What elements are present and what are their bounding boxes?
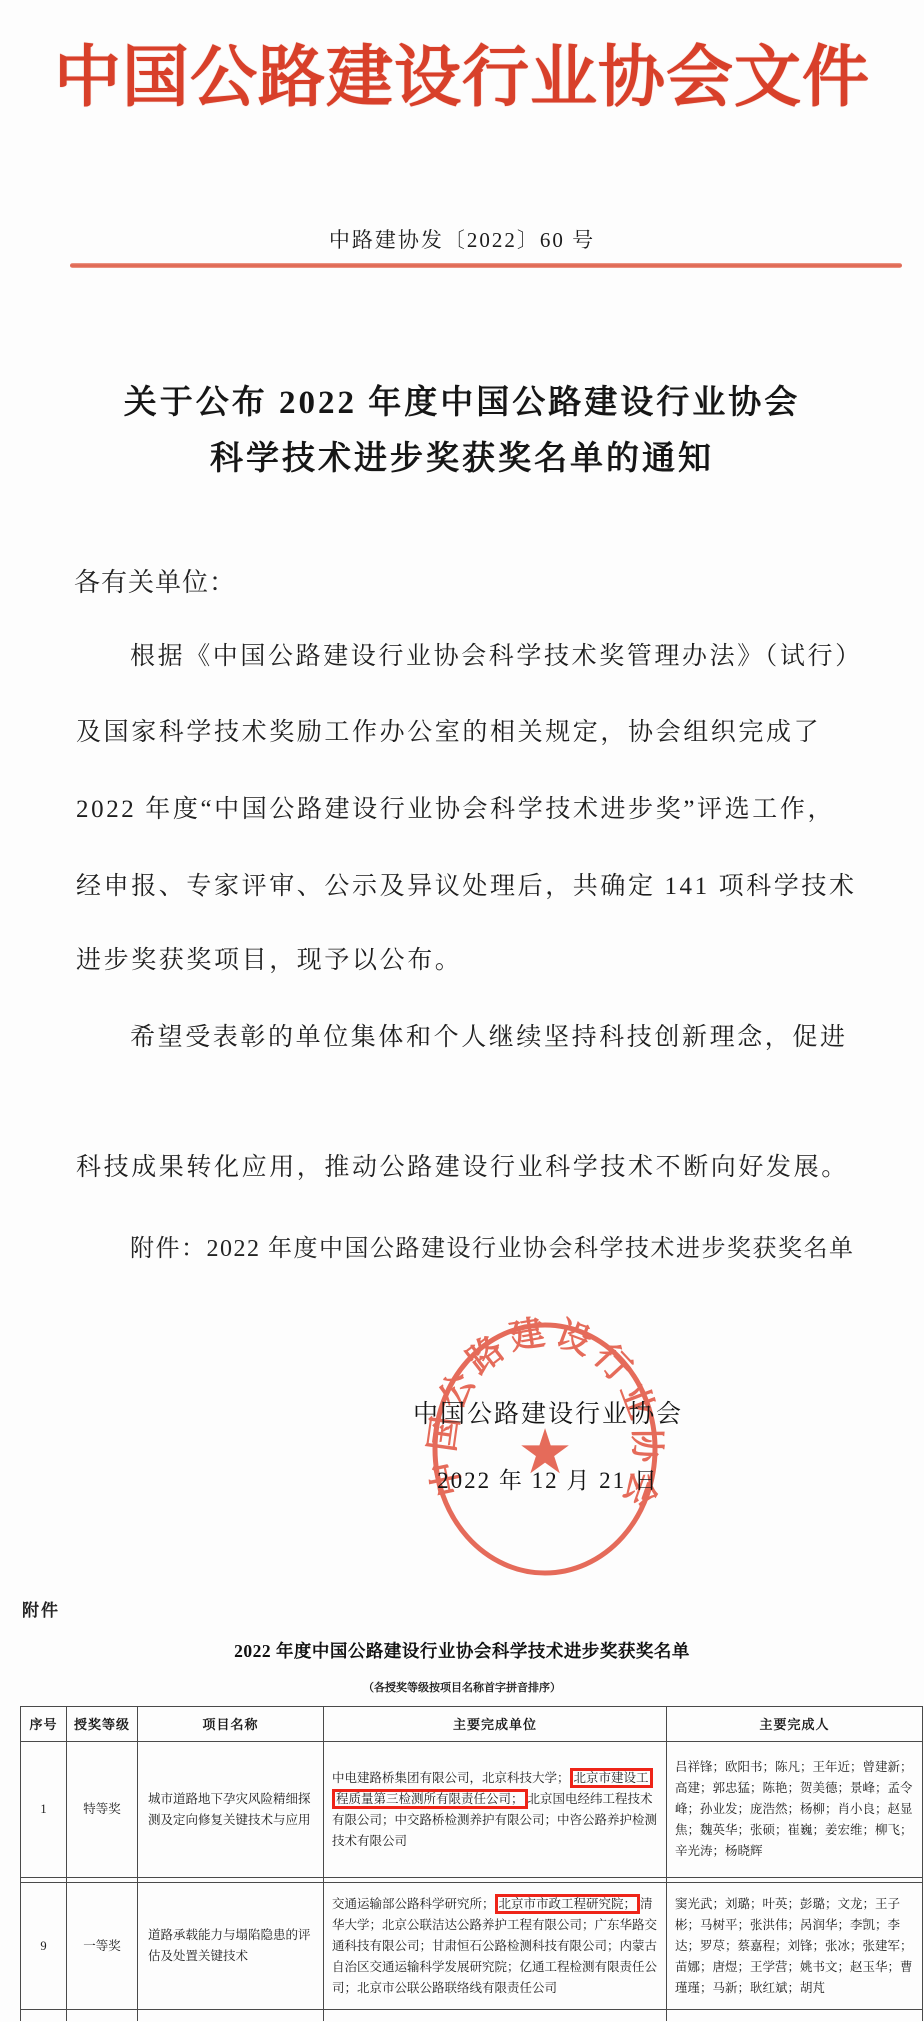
row-number: 1 <box>40 1799 46 1820</box>
appendix-table-subtitle: （各授奖等级按项目名称首字拼音排序） <box>0 1679 924 1695</box>
appendix-label: 附件 <box>22 1596 60 1621</box>
awards-table: 序号 授奖等级 项目名称 主要完成单位 主要完成人 1 特等奖 城市道路地下孕灾… <box>20 1706 922 2021</box>
column-header-persons: 主要完成人 <box>667 1706 923 1742</box>
body-line: 希望受表彰的单位集体和个人继续坚持科技创新理念，促进 <box>76 1017 924 1053</box>
signature-date: 2022 年 12 月 21 日 <box>380 1462 716 1495</box>
notice-title-line1: 关于公布 2022 年度中国公路建设行业协会 <box>0 376 924 423</box>
project-name: 城市道路地下孕灾风险精细探测及定向修复关键技术与应用 <box>148 1789 313 1831</box>
completing-units: 中电建路桥集团有限公司，北京科技大学；北京市建设工程质量第三检测所有限责任公司；… <box>332 1768 658 1852</box>
signature-organization: 中国公路建设行业协会 <box>380 1394 716 1430</box>
table-header-row: 序号 授奖等级 项目名称 主要完成单位 主要完成人 <box>20 1706 922 1742</box>
completing-units: 交通运输部公路科学研究所；北京市市政工程研究院；清华大学；北京公联洁达公路养护工… <box>332 1894 658 1999</box>
row-number: 9 <box>40 1936 46 1957</box>
body-line: 进步奖获奖项目，现予以公布。 <box>76 940 876 976</box>
completing-persons: 吕祥锋；欧阳书；陈凡；王年近；曾建新；高建；郭忠猛；陈艳；贺美德；景峰；孟令峰；… <box>675 1757 914 1862</box>
award-grade: 一等奖 <box>83 1936 121 1957</box>
scanned-document-page: 中国公路建设行业协会文件 中路建协发〔2022〕60 号 关于公布 2022 年… <box>0 0 924 2022</box>
column-header-project: 项目名称 <box>138 1706 324 1742</box>
column-header-units: 主要完成单位 <box>324 1706 667 1742</box>
body-line: 2022 年度“中国公路建设行业协会科学技术进步奖”评选工作， <box>76 789 876 825</box>
body-line: 根据《中国公路建设行业协会科学技术奖管理办法》（试行） <box>76 636 924 672</box>
document-number: 中路建协发〔2022〕60 号 <box>0 224 924 254</box>
signature-block: 中国公路建设行业协会 2022 年 12 月 21 日 <box>380 1394 716 1495</box>
appendix-table-title: 2022 年度中国公路建设行业协会科学技术进步奖获奖名单 <box>0 1638 924 1663</box>
table-row-partial <box>20 2010 922 2021</box>
notice-title-line2: 科学技术进步奖获奖名单的通知 <box>0 432 924 479</box>
red-separator-rule <box>70 263 902 268</box>
completing-persons: 窦光武；刘璐；叶英；彭璐；文龙；王子彬；马树平；张洪伟；呙润华；李凯；李达；罗荩… <box>675 1894 914 1999</box>
award-grade: 特等奖 <box>83 1799 121 1820</box>
attachment-reference-line: 附件：2022 年度中国公路建设行业协会科学技术进步奖获奖名单 <box>76 1228 855 1263</box>
table-row: 9 一等奖 道路承载能力与塌陷隐患的评估及处置关键技术 交通运输部公路科学研究所… <box>20 1883 922 2010</box>
table-row: 1 特等奖 城市道路地下孕灾风险精细探测及定向修复关键技术与应用 中电建路桥集团… <box>20 1742 922 1878</box>
body-line: 经申报、专家评审、公示及异议处理后，共确定 141 项科学技术 <box>76 866 876 902</box>
project-name: 道路承载能力与塌陷隐患的评估及处置关键技术 <box>148 1925 313 1967</box>
body-line: 科技成果转化应用，推动公路建设行业科学技术不断向好发展。 <box>76 1147 876 1183</box>
column-header-no: 序号 <box>21 1706 67 1742</box>
salutation: 各有关单位： <box>74 562 236 599</box>
letterhead-title: 中国公路建设行业协会文件 <box>0 24 924 120</box>
column-header-grade: 授奖等级 <box>67 1706 138 1742</box>
body-line: 及国家科学技术奖励工作办公室的相关规定，协会组织完成了 <box>76 712 876 748</box>
